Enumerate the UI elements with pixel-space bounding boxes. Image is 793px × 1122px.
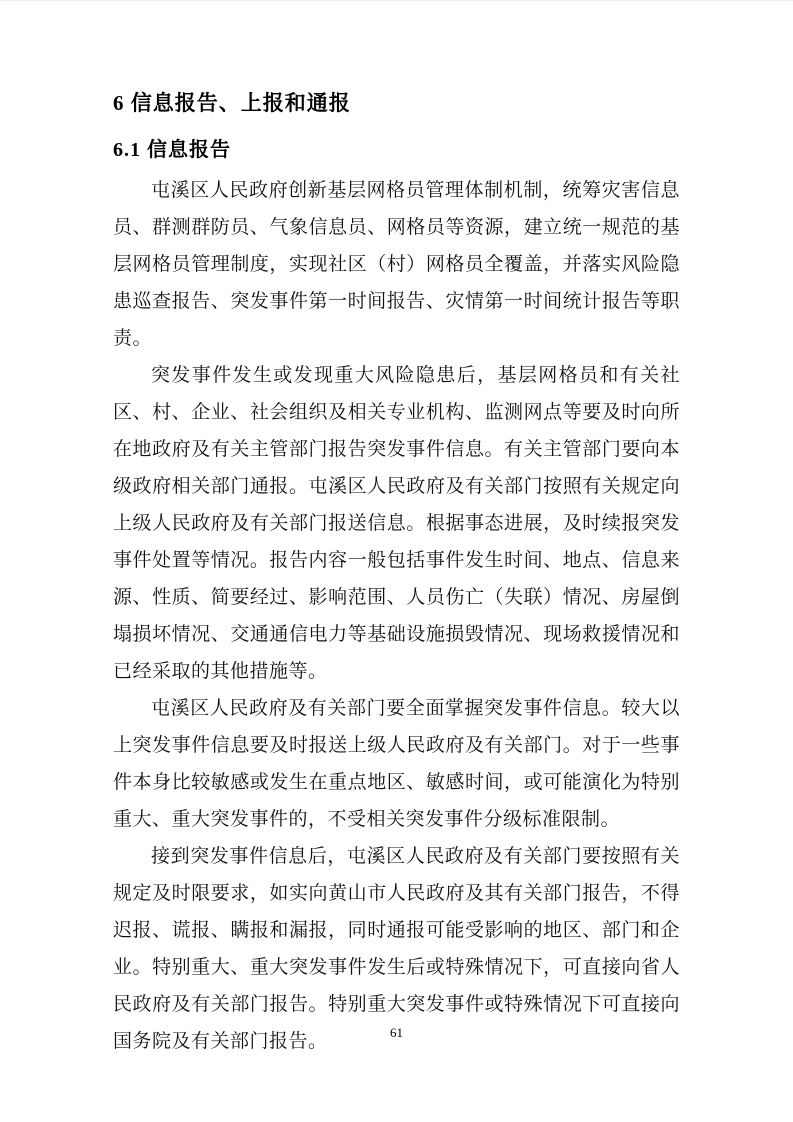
- paragraph: 屯溪区人民政府及有关部门要全面掌握突发事件信息。较大以上突发事件信息要及时报送上…: [113, 690, 680, 838]
- page-number: 61: [0, 1025, 793, 1041]
- document-page: 6 信息报告、上报和通报 6.1 信息报告 屯溪区人民政府创新基层网格员管理体制…: [0, 0, 793, 1122]
- section-heading: 6 信息报告、上报和通报: [113, 87, 680, 119]
- subsection-heading: 6.1 信息报告: [113, 134, 680, 166]
- paragraph: 突发事件发生或发现重大风险隐患后，基层网格员和有关社区、村、企业、社会组织及相关…: [113, 357, 680, 690]
- paragraph: 屯溪区人民政府创新基层网格员管理体制机制，统筹灾害信息员、群测群防员、气象信息员…: [113, 172, 680, 357]
- document-content: 6 信息报告、上报和通报 6.1 信息报告 屯溪区人民政府创新基层网格员管理体制…: [0, 1, 793, 1060]
